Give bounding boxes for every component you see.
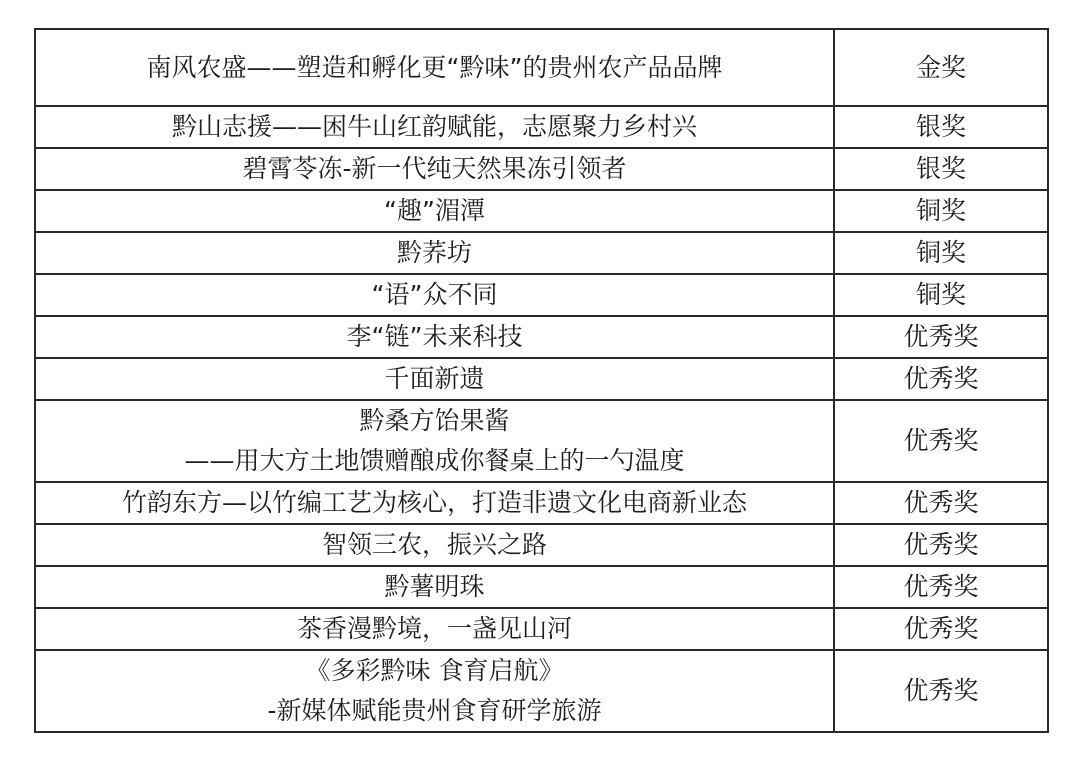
table-row: 碧霄苓冻-新一代纯天然果冻引领者银奖 xyxy=(35,148,1048,190)
award-cell: 优秀奖 xyxy=(834,400,1048,482)
award-level: 铜奖 xyxy=(916,238,966,267)
project-name-line: 黔薯明珠 xyxy=(36,567,833,607)
award-cell: 铜奖 xyxy=(834,274,1048,316)
table-row: 千面新遗优秀奖 xyxy=(35,358,1048,400)
project-name-line: 千面新遗 xyxy=(36,359,833,399)
project-name-cell: 《多彩黔味 食育启航》-新媒体赋能贵州食育研学旅游 xyxy=(35,650,834,732)
award-level: 优秀奖 xyxy=(903,676,978,705)
project-name-cell: 智领三农，振兴之路 xyxy=(35,524,834,566)
project-name-line: 黔荞坊 xyxy=(36,233,833,273)
award-cell: 铜奖 xyxy=(834,190,1048,232)
table-row: “语”众不同铜奖 xyxy=(35,274,1048,316)
table-row: “趣”湄潭铜奖 xyxy=(35,190,1048,232)
project-name-line: 李“链”未来科技 xyxy=(36,317,833,357)
table-row: 黔山志援——困牛山红韵赋能，志愿聚力乡村兴银奖 xyxy=(35,106,1048,148)
award-level: 银奖 xyxy=(916,154,966,183)
table-row: 茶香漫黔境，一盏见山河优秀奖 xyxy=(35,608,1048,650)
project-name-line: “趣”湄潭 xyxy=(36,191,833,231)
project-name-cell: 千面新遗 xyxy=(35,358,834,400)
project-name-line: 《多彩黔味 食育启航》 xyxy=(36,651,833,691)
award-level: 铜奖 xyxy=(916,196,966,225)
project-name-cell: 黔桑方饴果酱——用大方土地馈赠酿成你餐桌上的一勺温度 xyxy=(35,400,834,482)
award-cell: 优秀奖 xyxy=(834,608,1048,650)
table-row: 黔桑方饴果酱——用大方土地馈赠酿成你餐桌上的一勺温度优秀奖 xyxy=(35,400,1048,482)
award-level: 优秀奖 xyxy=(903,530,978,559)
table-row: 智领三农，振兴之路优秀奖 xyxy=(35,524,1048,566)
project-name-line: 智领三农，振兴之路 xyxy=(36,525,833,565)
project-name-cell: 黔薯明珠 xyxy=(35,566,834,608)
project-name-cell: 碧霄苓冻-新一代纯天然果冻引领者 xyxy=(35,148,834,190)
project-name-cell: 南风农盛——塑造和孵化更“黔味”的贵州农产品品牌 xyxy=(35,29,834,106)
project-name-cell: 黔山志援——困牛山红韵赋能，志愿聚力乡村兴 xyxy=(35,106,834,148)
project-name-line: 茶香漫黔境，一盏见山河 xyxy=(36,609,833,649)
award-level: 优秀奖 xyxy=(903,426,978,455)
project-name-cell: 竹韵东方—以竹编工艺为核心，打造非遗文化电商新业态 xyxy=(35,482,834,524)
award-level: 银奖 xyxy=(916,112,966,141)
project-name-line: 黔桑方饴果酱 xyxy=(36,401,833,441)
project-name-line: 黔山志援——困牛山红韵赋能，志愿聚力乡村兴 xyxy=(36,107,833,147)
table-row: 竹韵东方—以竹编工艺为核心，打造非遗文化电商新业态优秀奖 xyxy=(35,482,1048,524)
project-name-cell: “趣”湄潭 xyxy=(35,190,834,232)
award-level: 优秀奖 xyxy=(903,364,978,393)
project-name-cell: 李“链”未来科技 xyxy=(35,316,834,358)
project-name-cell: 黔荞坊 xyxy=(35,232,834,274)
award-cell: 优秀奖 xyxy=(834,524,1048,566)
awards-table: 南风农盛——塑造和孵化更“黔味”的贵州农产品品牌金奖黔山志援——困牛山红韵赋能，… xyxy=(34,28,1049,733)
table-row: 黔薯明珠优秀奖 xyxy=(35,566,1048,608)
award-cell: 铜奖 xyxy=(834,232,1048,274)
table-row: 南风农盛——塑造和孵化更“黔味”的贵州农产品品牌金奖 xyxy=(35,29,1048,106)
award-cell: 银奖 xyxy=(834,148,1048,190)
award-cell: 优秀奖 xyxy=(834,358,1048,400)
project-name-line: “语”众不同 xyxy=(36,275,833,315)
project-name-cell: 茶香漫黔境，一盏见山河 xyxy=(35,608,834,650)
award-cell: 金奖 xyxy=(834,29,1048,106)
awards-table-body: 南风农盛——塑造和孵化更“黔味”的贵州农产品品牌金奖黔山志援——困牛山红韵赋能，… xyxy=(35,29,1048,732)
award-level: 优秀奖 xyxy=(903,488,978,517)
award-cell: 优秀奖 xyxy=(834,482,1048,524)
table-row: 李“链”未来科技优秀奖 xyxy=(35,316,1048,358)
award-level: 优秀奖 xyxy=(903,614,978,643)
award-cell: 优秀奖 xyxy=(834,650,1048,732)
award-cell: 优秀奖 xyxy=(834,566,1048,608)
award-level: 铜奖 xyxy=(916,280,966,309)
project-name-line: 南风农盛——塑造和孵化更“黔味”的贵州农产品品牌 xyxy=(36,48,833,88)
award-level: 优秀奖 xyxy=(903,572,978,601)
table-row: 《多彩黔味 食育启航》-新媒体赋能贵州食育研学旅游优秀奖 xyxy=(35,650,1048,732)
project-name-line: 竹韵东方—以竹编工艺为核心，打造非遗文化电商新业态 xyxy=(36,483,833,523)
award-level: 优秀奖 xyxy=(903,322,978,351)
project-name-line: 碧霄苓冻-新一代纯天然果冻引领者 xyxy=(36,149,833,189)
table-row: 黔荞坊铜奖 xyxy=(35,232,1048,274)
award-cell: 优秀奖 xyxy=(834,316,1048,358)
award-level: 金奖 xyxy=(916,53,966,82)
project-name-line: -新媒体赋能贵州食育研学旅游 xyxy=(36,691,833,731)
project-name-cell: “语”众不同 xyxy=(35,274,834,316)
award-cell: 银奖 xyxy=(834,106,1048,148)
project-name-line: ——用大方土地馈赠酿成你餐桌上的一勺温度 xyxy=(36,441,833,481)
